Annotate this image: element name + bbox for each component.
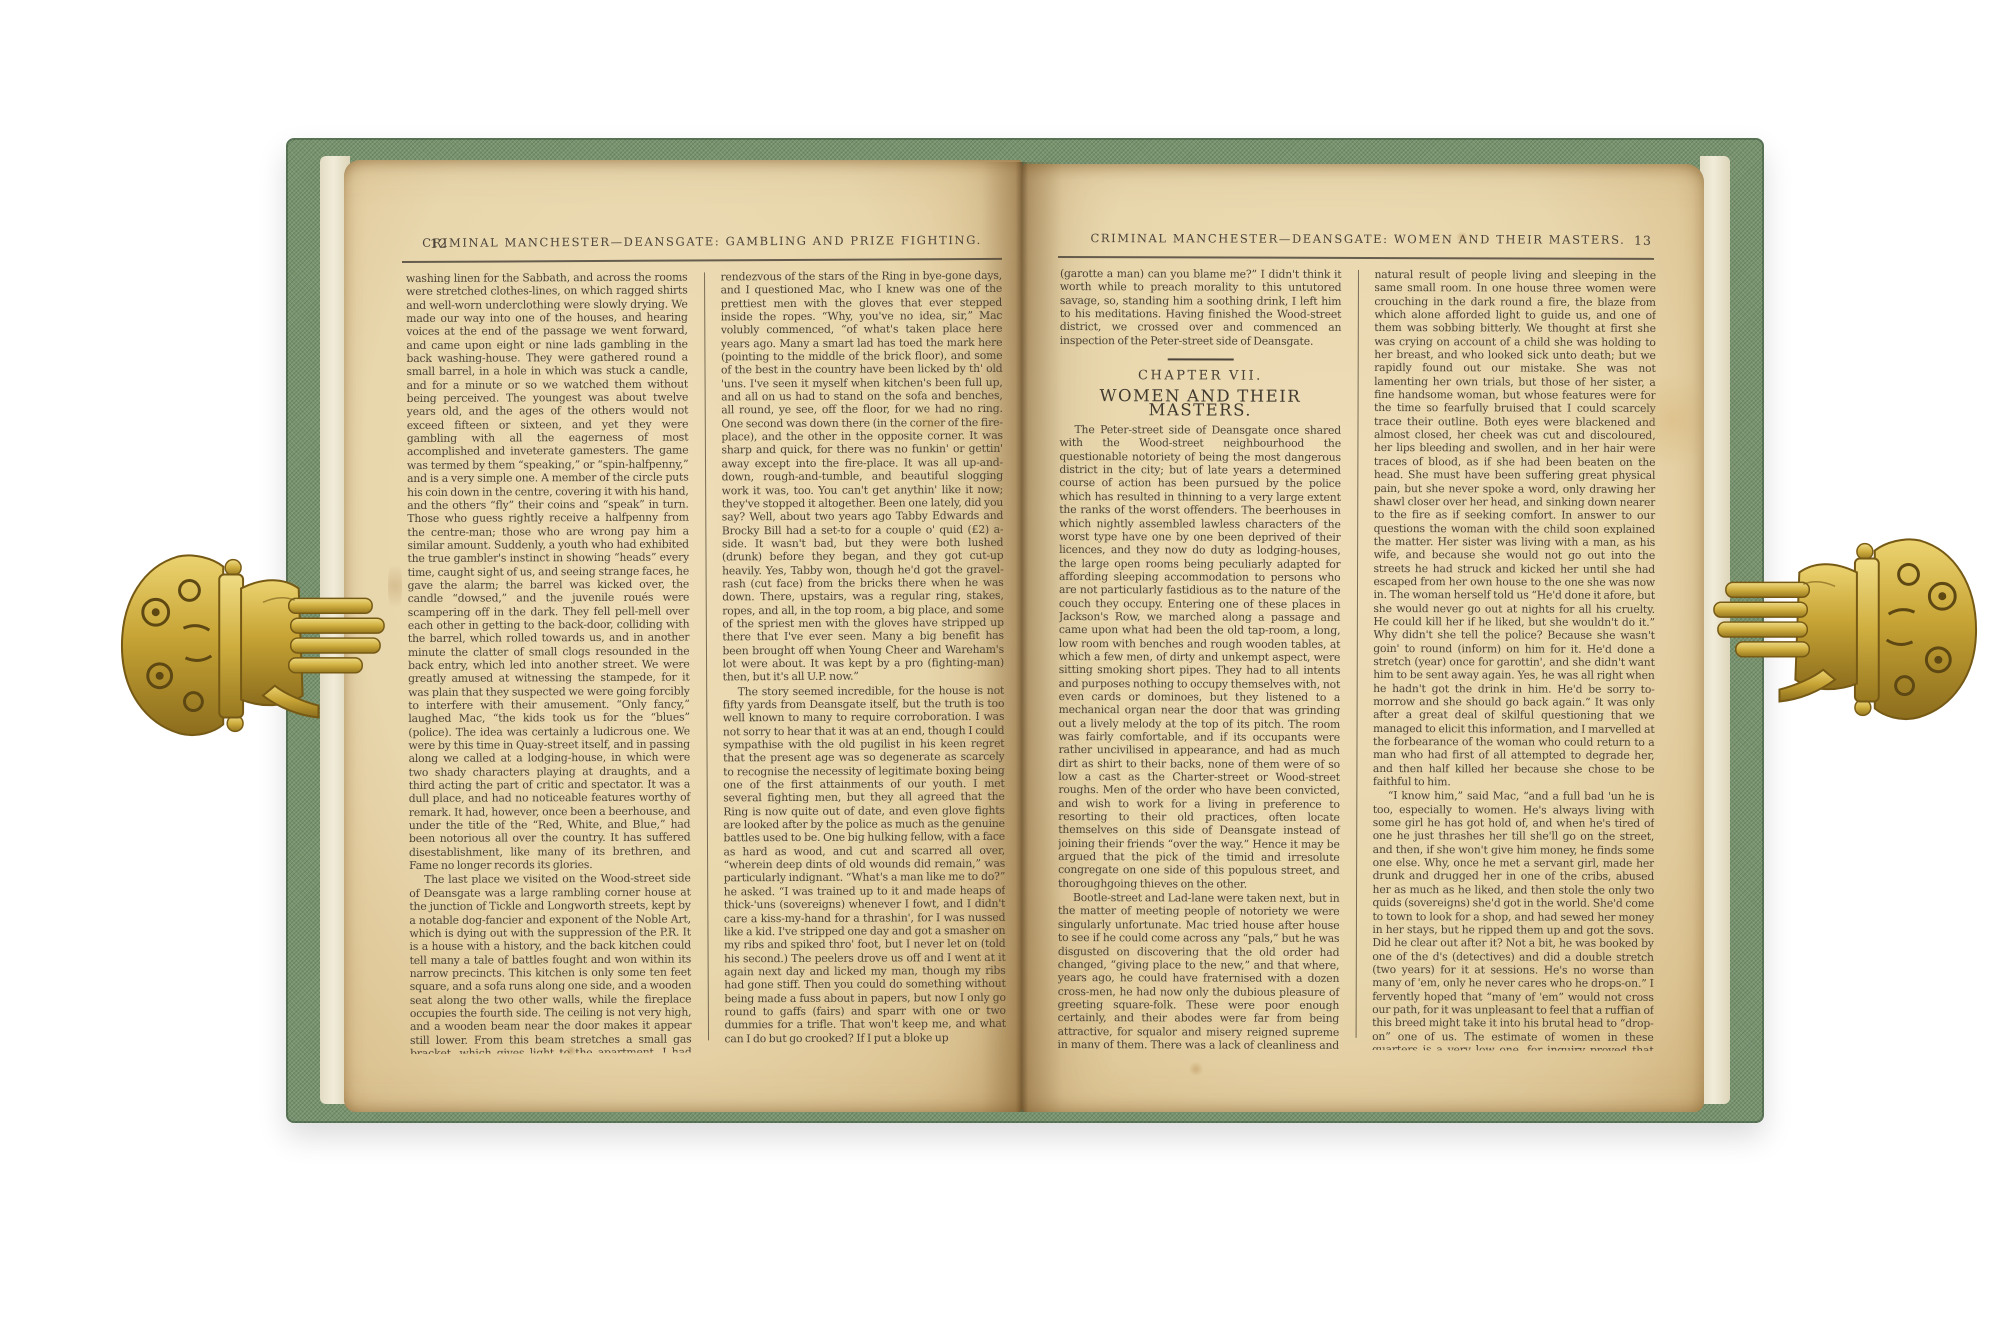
- text-block-left: washing linen for the Sabbath, and acros…: [406, 269, 1006, 1054]
- brass-hand-clip-right: [1706, 534, 1984, 726]
- photo-background: { "book": { "title_context": "CRIMINAL M…: [0, 0, 2000, 1322]
- running-title-left: CRIMINAL MANCHESTER—DEANSGATE: GAMBLING …: [402, 233, 1002, 250]
- paragraph: Bootle-street and Lad-lane were taken ne…: [1058, 891, 1340, 1050]
- text-block-right: (garotte a man) can you blame me?” I did…: [1058, 267, 1656, 1051]
- brass-hand-icon: [1706, 534, 1984, 726]
- page-number-right: 13: [1634, 233, 1652, 248]
- column-divider-right: [1355, 270, 1358, 1038]
- paragraph: (garotte a man) can you blame me?” I did…: [1060, 267, 1342, 348]
- running-title-right: CRIMINAL MANCHESTER—DEANSGATE: WOMEN AND…: [1058, 231, 1658, 247]
- chapter-title: WOMEN AND THEIR MASTERS.: [1060, 389, 1342, 417]
- text-column-right-2: natural result of people living and slee…: [1372, 268, 1656, 1051]
- paragraph: rendezvous of the stars of the Ring in b…: [720, 269, 1004, 684]
- text-column-right-1: (garotte a man) can you blame me?” I did…: [1058, 267, 1342, 1050]
- paragraph: washing linen for the Sabbath, and acros…: [406, 271, 691, 873]
- chapter-heading: CHAPTER VII.: [1060, 369, 1342, 383]
- chapter-divider-rule: [1167, 358, 1233, 360]
- text-column-left-1: washing linen for the Sabbath, and acros…: [406, 271, 692, 1054]
- paragraph: The last place we visited on the Wood-st…: [409, 872, 691, 1054]
- paragraph: The story seemed incredible, for the hou…: [723, 684, 1006, 1046]
- brass-hand-clip-left: [114, 550, 392, 742]
- text-column-left-2: rendezvous of the stars of the Ring in b…: [720, 269, 1006, 1052]
- paragraph: “I know him,” said Mac, “and a full bad …: [1372, 789, 1654, 1050]
- running-header-left: 12 CRIMINAL MANCHESTER—DEANSGATE: GAMBLI…: [402, 233, 1002, 256]
- running-header-right: CRIMINAL MANCHESTER—DEANSGATE: WOMEN AND…: [1058, 231, 1658, 253]
- page-number-left: 12: [430, 236, 448, 251]
- paragraph: natural result of people living and slee…: [1373, 268, 1656, 789]
- paragraph: The Peter-street side of Deansgate once …: [1058, 423, 1341, 891]
- column-divider-left: [704, 272, 709, 1040]
- brass-hand-icon: [114, 550, 392, 742]
